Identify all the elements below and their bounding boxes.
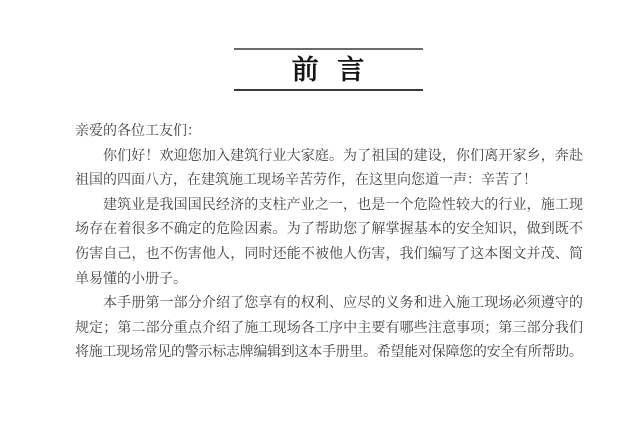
text-line: 场存在着很多不确定的危险因素。为了帮助您了解掌握基本的安全知识，做到既不 [75, 216, 583, 241]
paragraph-welcome: 你们好！欢迎您加入建筑行业大家庭。为了祖国的建设，你们离开家乡，奔赴 祖国的四面… [75, 143, 583, 192]
text-line: 你们好！欢迎您加入建筑行业大家庭。为了祖国的建设，你们离开家乡，奔赴 [75, 143, 583, 168]
text-line: 单易懂的小册子。 [75, 266, 583, 291]
preface-page: 前 言 亲爱的各位工友们： 你们好！欢迎您加入建筑行业大家庭。为了祖国的建设，你… [0, 0, 640, 441]
text-line: 将施工现场常见的警示标志牌编辑到这本手册里。希望能对保障您的安全有所帮助。 [75, 339, 583, 364]
text-line: 祖国的四面八方，在建筑施工现场辛苦劳作，在这里向您道一声：辛苦了！ [75, 167, 583, 192]
paragraph-industry: 建筑业是我国国民经济的支柱产业之一，也是一个危险性较大的行业，施工现 场存在着很… [75, 192, 583, 290]
text-line: 伤害自己，也不伤害他人，同时还能不被他人伤害，我们编写了这本图文并茂、简 [75, 241, 583, 266]
paragraph-salutation: 亲爱的各位工友们： [75, 118, 583, 143]
text-line: 亲爱的各位工友们： [75, 118, 583, 143]
page-title: 前 言 [292, 55, 366, 84]
text-line: 规定；第二部分重点介绍了施工现场各工序中主要有哪些注意事项；第三部分我们 [75, 315, 583, 340]
preface-body: 亲爱的各位工友们： 你们好！欢迎您加入建筑行业大家庭。为了祖国的建设，你们离开家… [75, 118, 583, 364]
text-line: 本手册第一部分介绍了您享有的权利、应尽的义务和进入施工现场必须遵守的 [75, 290, 583, 315]
paragraph-handbook-overview: 本手册第一部分介绍了您享有的权利、应尽的义务和进入施工现场必须遵守的 规定；第二… [75, 290, 583, 364]
text-line: 建筑业是我国国民经济的支柱产业之一，也是一个危险性较大的行业，施工现 [75, 192, 583, 217]
page-title-box: 前 言 [234, 48, 423, 91]
